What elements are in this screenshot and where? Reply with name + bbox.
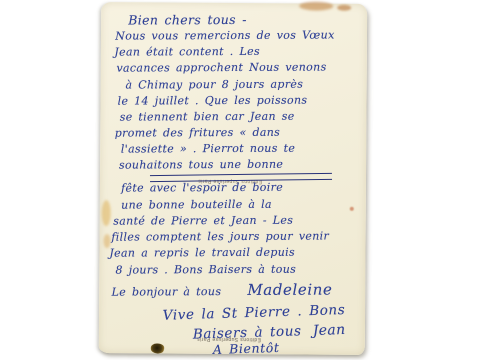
postscript-line: A Bientôt: [213, 340, 280, 357]
handwritten-line: souhaitons tous une bonne: [119, 158, 283, 172]
postscript-line: Vive la St Pierre . Bons: [162, 302, 345, 324]
handwritten-line: se tiennent bien car Jean se: [120, 110, 295, 124]
closing-text: Le bonjour à tous: [112, 285, 222, 299]
handwritten-letter: Bien chers tous - Nous vous remercions d…: [99, 2, 367, 354]
closing-line: Le bonjour à tousMadeleine: [112, 280, 333, 299]
salutation-line: Bien chers tous -: [128, 12, 247, 28]
handwritten-line: le 14 juillet . Que les poissons: [118, 94, 308, 108]
postscript-line: Baisers à tous: [193, 323, 302, 342]
handwritten-line: santé de Pierre et Jean - Les: [113, 214, 293, 228]
handwritten-line: 8 jours . Bons Baisers à tous: [115, 263, 296, 277]
handwritten-line: vacances approchent Nous venons: [116, 61, 326, 75]
handwritten-line: une bonne bouteille à la: [121, 198, 272, 212]
signature-jean: Jean: [312, 322, 345, 339]
handwritten-line: Jean était content . Les: [114, 45, 260, 59]
handwritten-line: promet des fritures « dans: [115, 126, 280, 140]
scanned-postcard-page: Éditions Superluxe Paris Éditions Superl…: [0, 0, 480, 360]
handwritten-line: l'assiette » . Pierrot nous te: [121, 142, 295, 156]
handwritten-line: filles comptent les jours pour venir: [111, 229, 329, 243]
postcard-paper: Éditions Superluxe Paris Éditions Superl…: [99, 2, 367, 355]
handwritten-line: Nous vous remercions de vos Vœux: [115, 28, 334, 42]
handwritten-line: fête avec l'espoir de boire: [121, 181, 283, 195]
handwritten-line: à Chimay pour 8 jours après: [125, 78, 303, 92]
signature-madeleine: Madeleine: [247, 280, 332, 298]
handwritten-line: Jean a repris le travail depuis: [109, 246, 295, 260]
